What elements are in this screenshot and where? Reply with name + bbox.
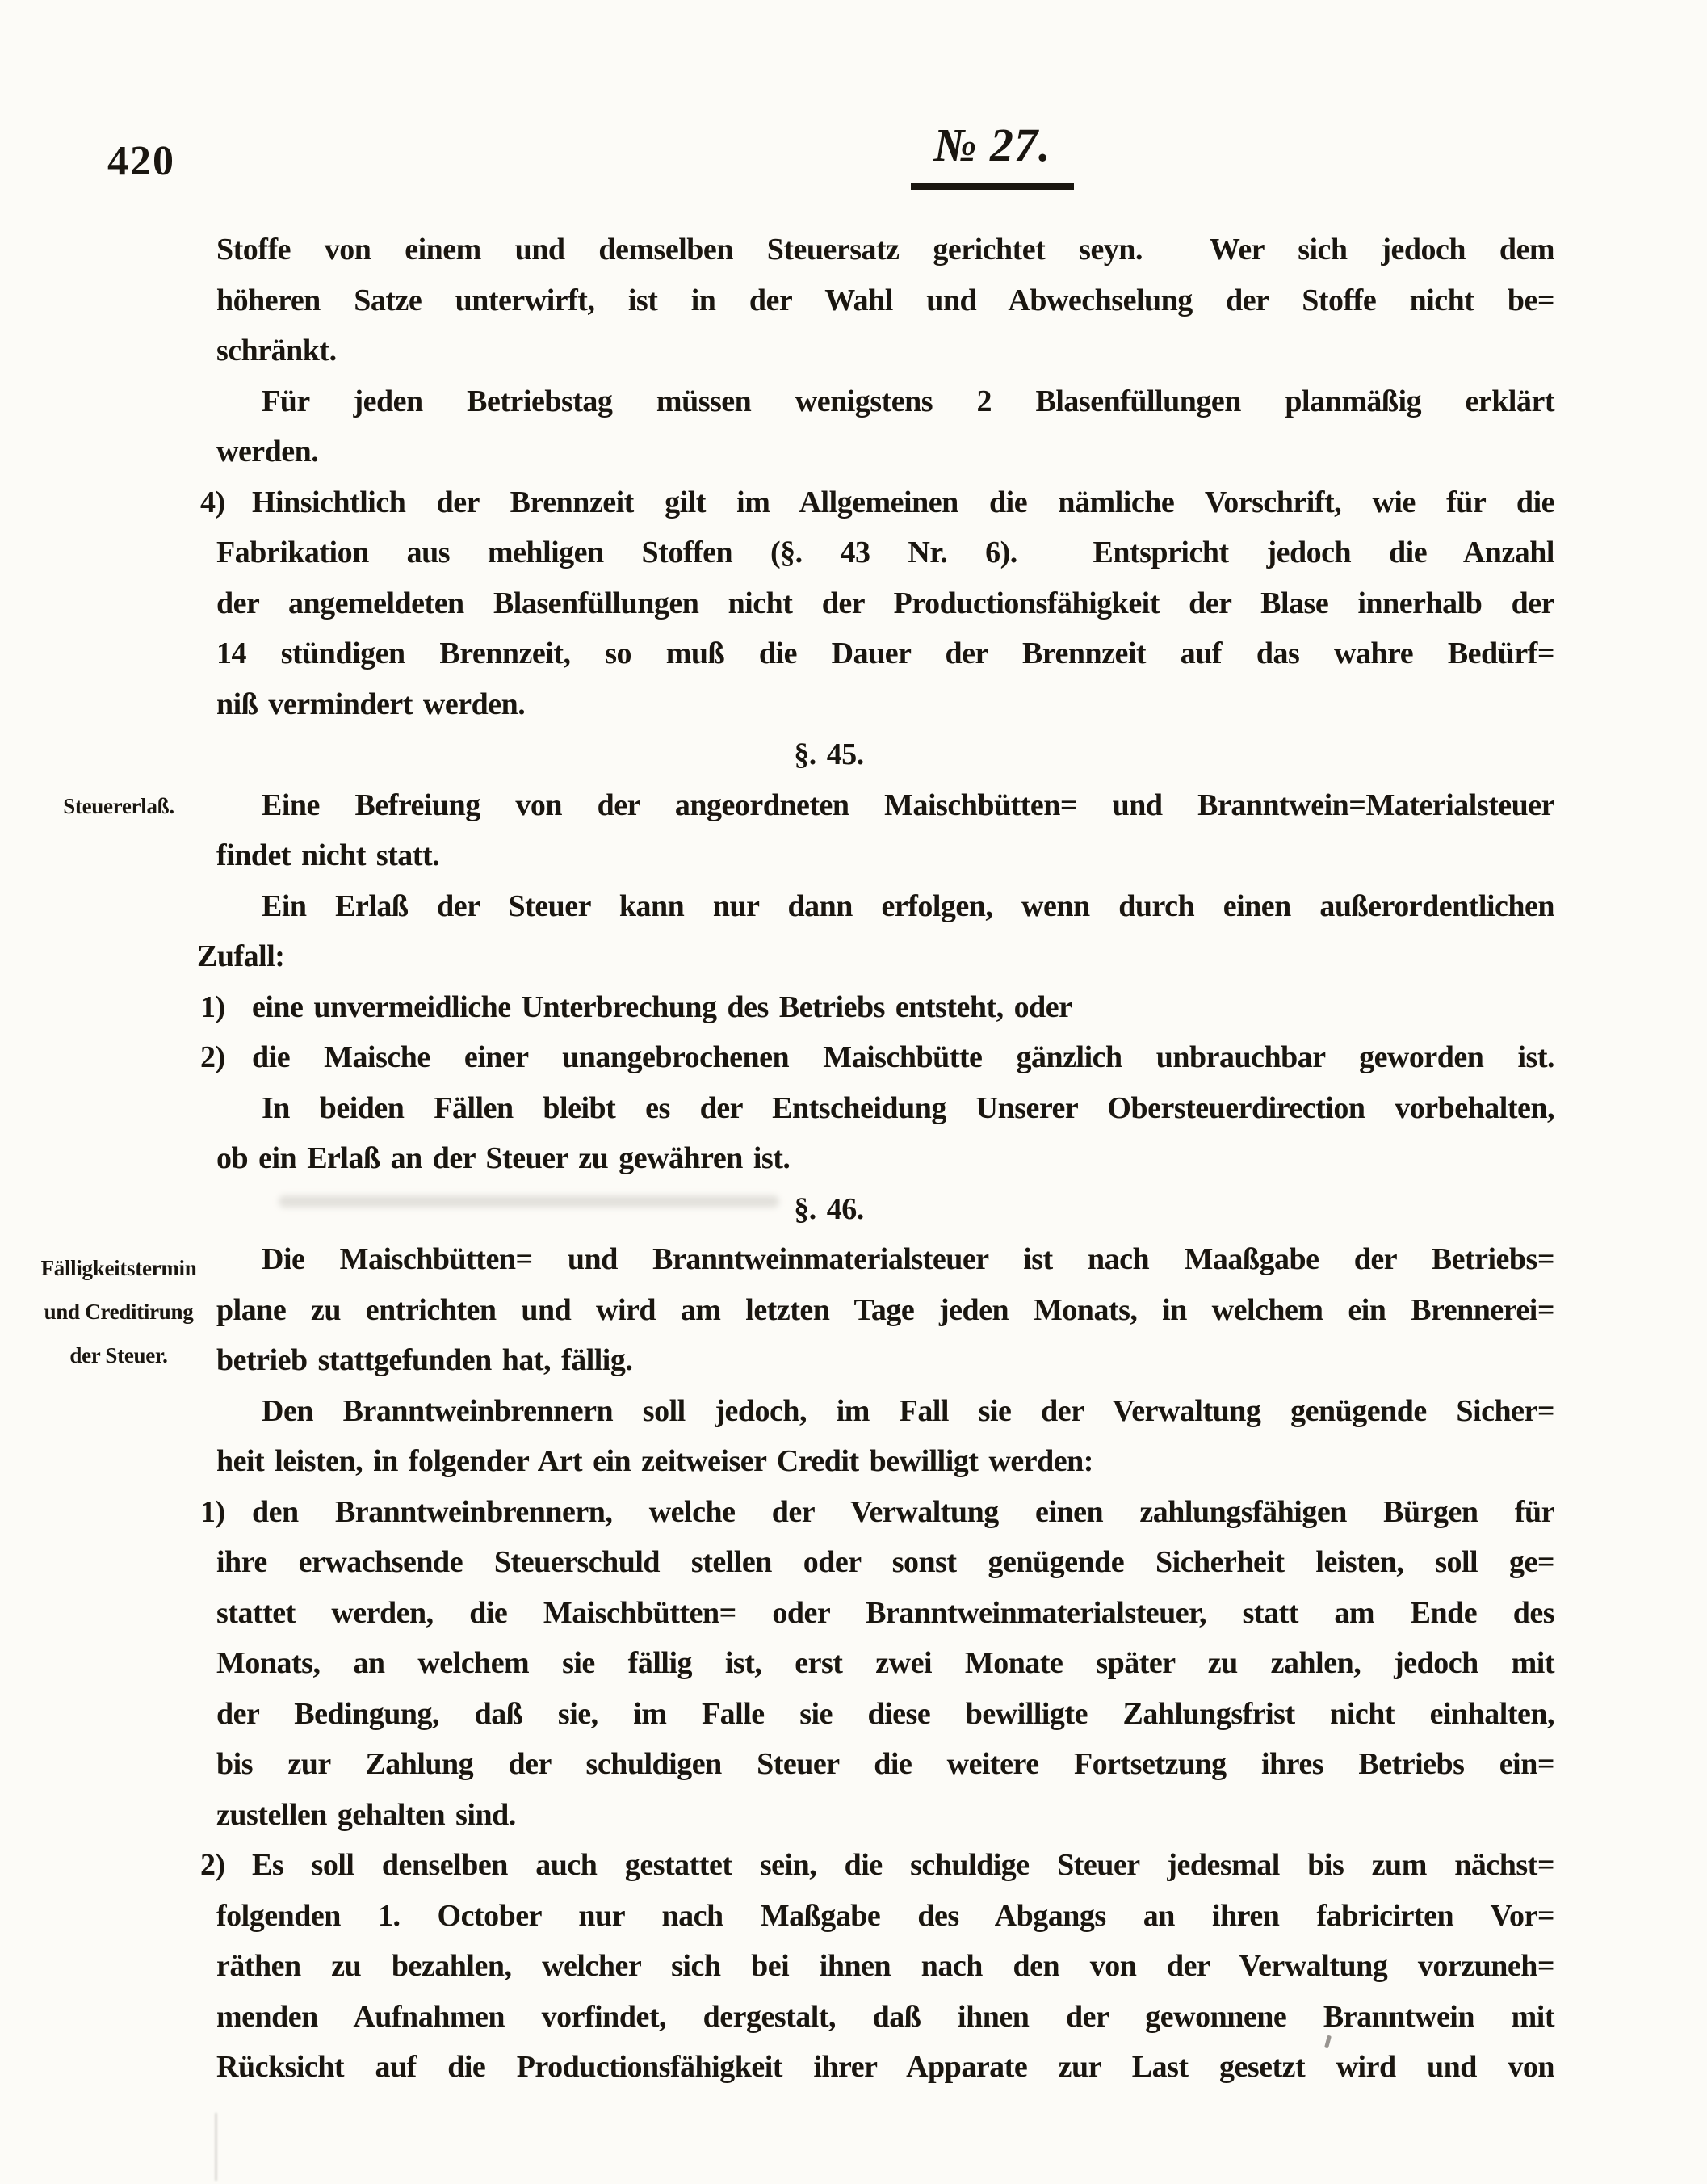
section-heading: §. 45. xyxy=(160,729,1498,780)
section-heading: §. 46. xyxy=(160,1184,1498,1235)
margin-note: Steuererlaß. xyxy=(29,784,208,828)
page-number: 420 xyxy=(107,137,175,185)
text-line: der angemeldeten Blasenfüllungen nicht d… xyxy=(216,578,1554,629)
text-line: schränkt. xyxy=(216,325,1554,376)
text-line: ihre erwachsende Steuerschuld stellen od… xyxy=(216,1537,1554,1588)
main-text-column: Stoffe von einem und demselben Steuersat… xyxy=(216,225,1554,2093)
list-item: eine unvermeidliche Unterbrechung des Be… xyxy=(216,982,1554,1033)
text-line: eine unvermeidliche Unterbrechung des Be… xyxy=(216,982,1554,1033)
text-line: Es soll denselben auch gestattet sein, d… xyxy=(216,1840,1554,1891)
list-item: Hinsichtlich der Brennzeit gilt im Allge… xyxy=(216,477,1554,730)
text-line: Für jeden Betriebstag müssen wenigstens … xyxy=(216,376,1554,427)
text-line: heit leisten, in folgender Art ein zeitw… xyxy=(216,1436,1554,1487)
scan-edge-artifact xyxy=(215,2113,217,2181)
scanned-document-page: 420 № 27. Stoffe von einem und demselben… xyxy=(0,0,1707,2184)
item-number: 1) xyxy=(200,1487,225,1538)
text-line: menden Aufnahmen vorfindet, dergestalt, … xyxy=(216,1992,1554,2043)
margin-note-line: Steuererlaß. xyxy=(29,784,208,828)
paragraph: Stoffe von einem und demselben Steuersat… xyxy=(216,225,1554,376)
text-line: räthen zu bezahlen, welcher sich bei ihn… xyxy=(216,1941,1554,1992)
text-line: bis zur Zahlung der schuldigen Steuer di… xyxy=(216,1739,1554,1790)
text-line: zustellen gehalten sind. xyxy=(216,1790,1554,1841)
text-line: Rücksicht auf die Productionsfähigkeit i… xyxy=(216,2042,1554,2093)
margin-note-line: der Steuer. xyxy=(29,1333,208,1377)
item-number: 2) xyxy=(200,1840,225,1891)
text-line: niß vermindert werden. xyxy=(216,679,1554,730)
scan-smudge-artifact xyxy=(279,1195,779,1207)
paragraph: Eine Befreiung von der angeordneten Mais… xyxy=(216,780,1554,881)
margin-note: Fälligkeitsterminund Creditirungder Steu… xyxy=(29,1246,208,1377)
paragraph: Die Maischbütten= und Branntweinmaterial… xyxy=(216,1234,1554,1386)
text-line: Ein Erlaß der Steuer kann nur dann erfol… xyxy=(216,881,1554,932)
paragraph: Den Branntweinbrennern soll jedoch, im F… xyxy=(216,1386,1554,1487)
text-line: folgenden 1. October nur nach Maßgabe de… xyxy=(216,1891,1554,1942)
text-line: Den Branntweinbrennern soll jedoch, im F… xyxy=(216,1386,1554,1437)
item-number: 2) xyxy=(200,1032,225,1083)
margin-note-line: Fälligkeitstermin xyxy=(29,1246,208,1290)
text-line: Fabrikation aus mehligen Stoffen (§. 43 … xyxy=(216,527,1554,578)
text-line: werden. xyxy=(216,426,1554,477)
text-line: der Bedingung, daß sie, im Falle sie die… xyxy=(216,1689,1554,1740)
list-item: den Branntweinbrennern, welche der Verwa… xyxy=(216,1487,1554,1841)
paragraph: Ein Erlaß der Steuer kann nur dann erfol… xyxy=(216,881,1554,982)
paragraph: Für jeden Betriebstag müssen wenigstens … xyxy=(216,376,1554,477)
text-line: Monats, an welchem sie fällig ist, erst … xyxy=(216,1638,1554,1689)
text-line: In beiden Fällen bleibt es der Entscheid… xyxy=(216,1083,1554,1134)
text-line: Eine Befreiung von der angeordneten Mais… xyxy=(216,780,1554,831)
item-number: 4) xyxy=(200,477,225,528)
text-line: höheren Satze unterwirft, ist in der Wah… xyxy=(216,275,1554,326)
text-line: Die Maischbütten= und Branntweinmaterial… xyxy=(216,1234,1554,1285)
text-line: Hinsichtlich der Brennzeit gilt im Allge… xyxy=(216,477,1554,528)
text-line: stattet werden, die Maischbütten= oder B… xyxy=(216,1588,1554,1639)
text-line: den Branntweinbrennern, welche der Verwa… xyxy=(216,1487,1554,1538)
text-line: betrieb stattgefunden hat, fällig. xyxy=(216,1335,1554,1386)
issue-number-heading: № 27. xyxy=(911,118,1074,190)
item-number: 1) xyxy=(200,982,225,1033)
text-line: 14 stündigen Brennzeit, so muß die Dauer… xyxy=(216,628,1554,679)
text-line: die Maische einer unangebrochenen Maisch… xyxy=(216,1032,1554,1083)
paragraph: In beiden Fällen bleibt es der Entscheid… xyxy=(216,1083,1554,1184)
text-line: Zufall: xyxy=(197,931,1554,982)
list-item: die Maische einer unangebrochenen Maisch… xyxy=(216,1032,1554,1083)
text-line: plane zu entrichten und wird am letzten … xyxy=(216,1285,1554,1336)
text-line: findet nicht statt. xyxy=(216,830,1554,881)
text-line: Stoffe von einem und demselben Steuersat… xyxy=(216,225,1554,275)
list-item: Es soll denselben auch gestattet sein, d… xyxy=(216,1840,1554,2093)
margin-note-line: und Creditirung xyxy=(29,1290,208,1333)
text-line: ob ein Erlaß an der Steuer zu gewähren i… xyxy=(216,1133,1554,1184)
